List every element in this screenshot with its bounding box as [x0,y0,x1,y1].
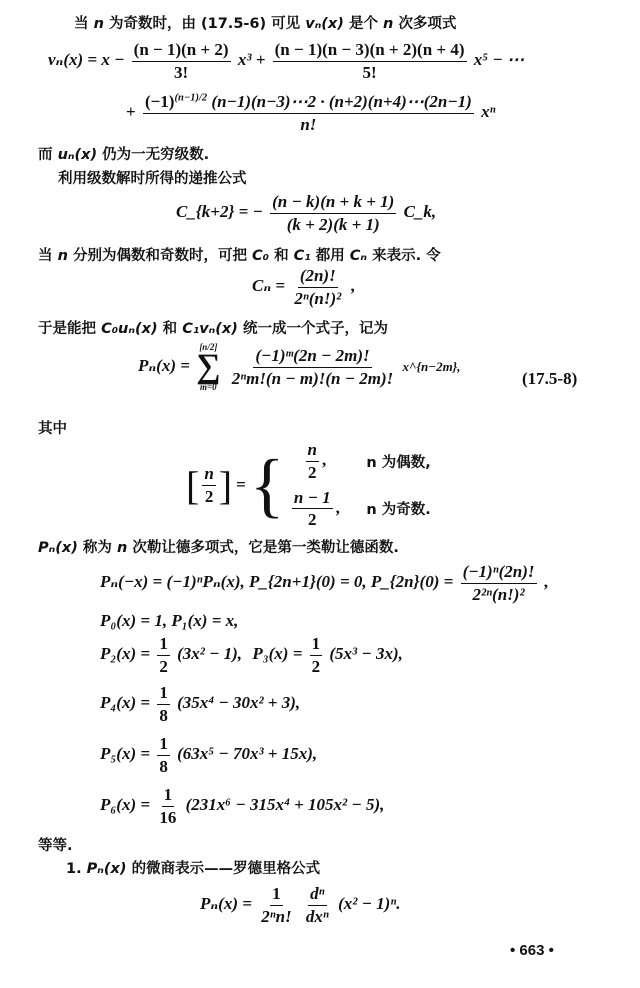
eq-term: (n−1)(n−3)⋯2 · (n+2)(n+4)⋯(2n−1) [211,92,471,111]
eq-lhs: C_{k+2} = − [176,202,263,221]
numerator: n − 1 [292,488,333,510]
eq-rhs: C_k, [404,202,437,221]
text: 次勒让德多项式，它是第一类勒让德函数. [132,540,399,556]
eq-rhs: (x² − 1)ⁿ. [338,894,400,913]
math-var: Pₙ(x) [87,861,127,877]
eq-lhs: P₆(x) = [100,795,150,814]
fraction: (n − k)(n + k + 1) (k + 2)(k + 1) [270,192,396,234]
math-var: Cₙ [350,248,367,264]
bracket-right-icon: ] [219,462,232,509]
case-value: n − 1 2 , [284,488,344,530]
equation-p4: P₄(x) = 1 8 (35x⁴ − 30x² + 3), [100,683,300,725]
equation-p0-p1: P₀(x) = 1, P₁(x) = x, [100,611,238,631]
numerator: (n − 1)(n + 2) [132,40,231,62]
paragraph-where: 其中 [38,417,67,438]
text: 统一成一个式子，记为 [243,321,388,337]
eq-lhs: P₃(x) = [252,644,302,663]
math-var: n [117,540,127,556]
denominator: 2 [306,462,319,483]
case-condition: n 为偶数, [366,451,430,472]
fraction: (−1)(n−1)/2 (n−1)(n−3)⋯2 · (n+2)(n+4)⋯(2… [143,92,474,134]
fraction: (n − 1)(n − 3)(n + 2)(n + 4) 5! [273,40,467,82]
equation-vn-line1: vₙ(x) = x − (n − 1)(n + 2) 3! x³ + (n − … [48,40,524,82]
text: 仍为一无穷级数. [102,147,209,163]
denominator: 2 [310,656,323,677]
eq-term: x^{n−2m}, [403,359,461,374]
paragraph-legendre-def: Pₙ(x) 称为 n 次勒让德多项式，它是第一类勒让德函数. [38,536,399,557]
page-number: • 663 • [510,942,554,959]
denominator: 2ⁿn! [259,906,293,927]
text: 而 [38,147,53,163]
eq-rhs: (63x⁵ − 70x³ + 15x), [177,744,317,763]
text: 是个 [349,16,378,32]
denominator: 2 [157,656,170,677]
text: 的微商表示——罗德里格公式 [132,861,321,877]
eq-punct: , [350,276,354,295]
text: 于是能把 [38,321,96,337]
numerator: n [306,440,319,462]
fraction: 1 16 [157,785,178,827]
numerator: 1 [157,734,170,756]
text: 和 [274,248,289,264]
paragraph-unify: 于是能把 C₀uₙ(x) 和 C₁vₙ(x) 统一成一个式子，记为 [38,317,388,338]
denominator: 2²ⁿ(n!)² [471,584,527,605]
equation-p5: P₅(x) = 1 8 (63x⁵ − 70x³ + 15x), [100,734,317,776]
fraction: 1 8 [157,683,170,725]
numerator: (2n)! [298,266,338,288]
numerator: 1 [310,634,323,656]
paragraph-cn-intro: 当 n 分别为偶数和奇数时，可把 C₀ 和 C₁ 都用 Cₙ 来表示. 令 [38,244,441,265]
paragraph-vn-polynomial: 当 n 为奇数时，由 (17.5-6) 可见 vₙ(x) 是个 n 次多项式 [74,12,456,33]
numerator: n [202,464,215,486]
bracket-left-icon: [ [186,462,199,509]
text: 和 [163,321,178,337]
denominator: 16 [157,807,178,828]
numerator: 1 [157,683,170,705]
math-var: C₁vₙ(x) [182,321,238,337]
fraction: n − 1 2 [292,488,333,530]
equals-sign: = [236,475,246,495]
denominator: n! [298,114,318,135]
fraction: n 2 [202,464,215,506]
equation-floor-cases: [ n 2 ] = { n 2 , n 为偶数, n − 1 2 , n 为奇数… [186,440,431,530]
numerator: 1 [157,634,170,656]
equation-tag: (17.5-8) [522,369,577,389]
eq-lhs: Cₙ = [252,276,285,295]
equation-properties: Pₙ(−x) = (−1)ⁿPₙ(x), P_{2n+1}(0) = 0, P_… [100,562,548,604]
text: 都用 [316,248,345,264]
eq-lhs: P₄(x) = [100,693,150,712]
fraction: 1 8 [157,734,170,776]
math-var: vₙ(x) [305,16,344,32]
case-condition: n 为奇数. [366,498,430,519]
eq-term: (−1) [145,92,175,111]
exponent: (n−1)/2 [174,92,207,103]
eq-lhs: P₂(x) = [100,644,150,663]
eq-rhs: (5x³ − 3x), [329,644,402,663]
denominator: (k + 2)(k + 1) [285,214,382,235]
text: 为奇数时，由 (17.5-6) 可见 [109,16,300,32]
eq-term: x³ + [238,50,266,69]
summation: [n/2] ∑ m=0 [196,342,220,392]
denominator: dxⁿ [304,906,331,927]
equation-p6: P₆(x) = 1 16 (231x⁶ − 315x⁴ + 105x² − 5)… [100,785,384,827]
math-var: Pₙ(x) [38,540,78,556]
equation-rodrigues: Pₙ(x) = 1 2ⁿn! dⁿ dxⁿ (x² − 1)ⁿ. [200,884,400,926]
paragraph-etc: 等等. [38,834,73,855]
numerator: 1 [162,785,175,807]
math-var: n [58,248,68,264]
case-even: n 2 , n 为偶数, [284,440,430,482]
text: 次多项式 [398,16,456,32]
denominator: 2 [203,486,216,507]
text: 当 [38,248,53,264]
eq-term: x⁵ − ⋯ [474,50,524,69]
equation-recurrence: C_{k+2} = − (n − k)(n + k + 1) (k + 2)(k… [176,192,436,234]
eq-rhs: (3x² − 1), [177,644,242,663]
text: 来表示. 令 [372,248,441,264]
eq-term: xⁿ [481,102,495,121]
numerator: 1 [270,884,283,906]
paragraph-un-series: 而 uₙ(x) 仍为一无穷级数. [38,143,209,164]
fraction: (n − 1)(n + 2) 3! [132,40,231,82]
sum-lower: m=0 [200,382,217,392]
math-var: n [94,16,104,32]
denominator: 2 [306,509,319,530]
numerator: dⁿ [308,884,326,906]
fraction: n 2 [306,440,319,482]
paragraph-recurrence-intro: 利用级数解时所得的递推公式 [58,167,247,188]
eq-lhs: Pₙ(−x) = (−1)ⁿPₙ(x), P_{2n+1}(0) = 0, P_… [100,572,453,591]
fraction: 1 2 [310,634,323,676]
eq-lhs: Pₙ(x) = [138,356,190,375]
equation-p2-p3: P₂(x) = 1 2 (3x² − 1), P₃(x) = 1 2 (5x³ … [100,634,403,676]
denominator: 8 [157,756,170,777]
text: 分别为偶数和奇数时，可把 [73,248,247,264]
fraction: 1 2 [157,634,170,676]
equation-legendre-sum: Pₙ(x) = [n/2] ∑ m=0 (−1)ᵐ(2n − 2m)! 2ⁿm!… [138,342,460,392]
equation-cn: Cₙ = (2n)! 2ⁿ(n!)² , [252,266,355,308]
fraction: (2n)! 2ⁿ(n!)² [292,266,343,308]
numerator: (−1)ᵐ(2n − 2m)! [253,346,371,368]
denominator: 5! [360,62,378,83]
eq-rhs: (35x⁴ − 30x² + 3), [177,693,300,712]
denominator: 2ⁿ(n!)² [292,288,343,309]
eq-lhs: P₅(x) = [100,744,150,763]
denominator: 2ⁿm!(n − m)!(n − 2m)! [230,368,396,389]
denominator: 3! [172,62,190,83]
eq-lhs: vₙ(x) = x − [48,50,124,69]
eq-punct: , [544,572,548,591]
numerator: (n − k)(n + k + 1) [270,192,396,214]
numerator: (−1)ⁿ(2n)! [461,562,537,584]
case-value: n 2 , [284,440,344,482]
eq-operator: + [126,102,136,121]
brace-icon: { [250,450,285,520]
case-odd: n − 1 2 , n 为奇数. [284,488,430,530]
equation-vn-line2: + (−1)(n−1)/2 (n−1)(n−3)⋯2 · (n+2)(n+4)⋯… [126,92,496,134]
math-var: C₀uₙ(x) [101,321,158,337]
text: 当 [74,16,89,32]
denominator: 8 [157,705,170,726]
numerator: (−1)(n−1)/2 (n−1)(n−3)⋯2 · (n+2)(n+4)⋯(2… [143,92,474,114]
cases: n 2 , n 为偶数, n − 1 2 , n 为奇数. [284,440,430,530]
section-number: 1. [66,861,82,877]
eq-lhs: Pₙ(x) = [200,894,252,913]
eq-rhs: (231x⁶ − 315x⁴ + 105x² − 5), [186,795,385,814]
section-heading-rodrigues: 1. Pₙ(x) 的微商表示——罗德里格公式 [66,857,320,878]
text: 称为 [83,540,112,556]
numerator: (n − 1)(n − 3)(n + 2)(n + 4) [273,40,467,62]
fraction: 1 2ⁿn! [259,884,293,926]
math-var: n [383,16,393,32]
fraction: dⁿ dxⁿ [304,884,331,926]
math-var: uₙ(x) [58,147,98,163]
fraction: (−1)ⁿ(2n)! 2²ⁿ(n!)² [461,562,537,604]
fraction: (−1)ᵐ(2n − 2m)! 2ⁿm!(n − m)!(n − 2m)! [230,346,396,388]
math-var: C₀ [252,248,269,264]
math-var: C₁ [294,248,311,264]
sigma-icon: ∑ [196,352,220,382]
